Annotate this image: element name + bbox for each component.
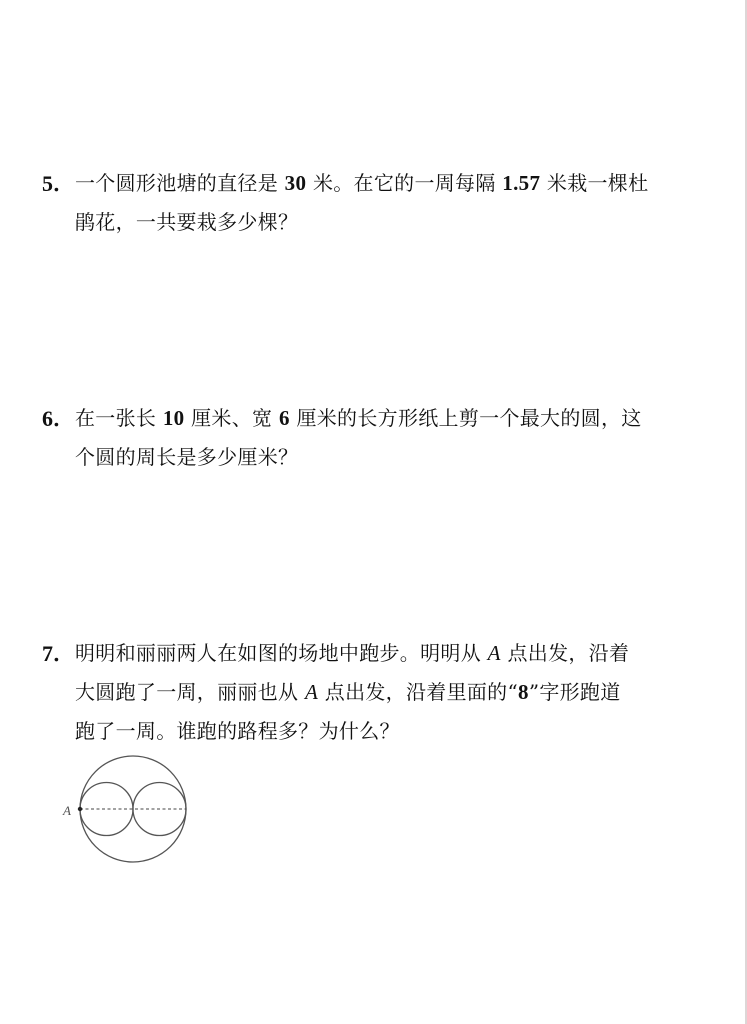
question-text: 大圆跑了一周，丽丽也从 A 点出发，沿着里面的“8”字形跑道 xyxy=(75,673,621,712)
question-line: 5． 一个圆形池塘的直径是 30 米。在它的一周每隔 1.57 米栽一棵杜 xyxy=(40,164,710,203)
question-text: 在一张长 10 厘米、宽 6 厘米的长方形纸上剪一个最大的圆，这 xyxy=(75,399,642,438)
question-text: 明明和丽丽两人在如图的场地中跑步。明明从 A 点出发，沿着 xyxy=(75,634,629,673)
question-number: 5． xyxy=(42,164,75,203)
point-a-label: A xyxy=(62,803,71,818)
number-value: 10 xyxy=(163,406,185,430)
number-value: 8 xyxy=(518,680,529,704)
number-value: 6 xyxy=(279,406,290,430)
question-text: 一个圆形池塘的直径是 30 米。在它的一周每隔 1.57 米栽一棵杜 xyxy=(75,164,648,203)
point-label: A xyxy=(488,641,501,665)
question-text: 跑了一周。谁跑的路程多？为什么？ xyxy=(75,712,400,751)
question-5: 5． 一个圆形池塘的直径是 30 米。在它的一周每隔 1.57 米栽一棵杜 鹃花… xyxy=(40,164,710,242)
point-label: A xyxy=(305,680,318,704)
question-7: 7． 明明和丽丽两人在如图的场地中跑步。明明从 A 点出发，沿着 大圆跑了一周，… xyxy=(40,634,710,751)
number-value: 30 xyxy=(285,171,307,195)
number-value: 1.57 xyxy=(502,171,540,195)
question-line: 6． 在一张长 10 厘米、宽 6 厘米的长方形纸上剪一个最大的圆，这 xyxy=(40,399,710,438)
question-line: 7． 明明和丽丽两人在如图的场地中跑步。明明从 A 点出发，沿着 xyxy=(40,634,710,673)
question-line: 鹃花，一共要栽多少棵？ xyxy=(40,203,710,242)
question-number: 6． xyxy=(42,399,75,438)
question-6: 6． 在一张长 10 厘米、宽 6 厘米的长方形纸上剪一个最大的圆，这 个圆的周… xyxy=(40,399,710,477)
question-line: 大圆跑了一周，丽丽也从 A 点出发，沿着里面的“8”字形跑道 xyxy=(40,673,710,712)
point-a-dot xyxy=(78,807,82,811)
question-text: 鹃花，一共要栽多少棵？ xyxy=(75,203,298,242)
question-text: 个圆的周长是多少厘米？ xyxy=(75,438,298,477)
track-diagram-svg: A xyxy=(58,750,198,870)
question-line: 个圆的周长是多少厘米？ xyxy=(40,438,710,477)
question-number: 7． xyxy=(42,634,75,673)
track-diagram: A xyxy=(58,750,198,870)
question-line: 跑了一周。谁跑的路程多？为什么？ xyxy=(40,712,710,751)
